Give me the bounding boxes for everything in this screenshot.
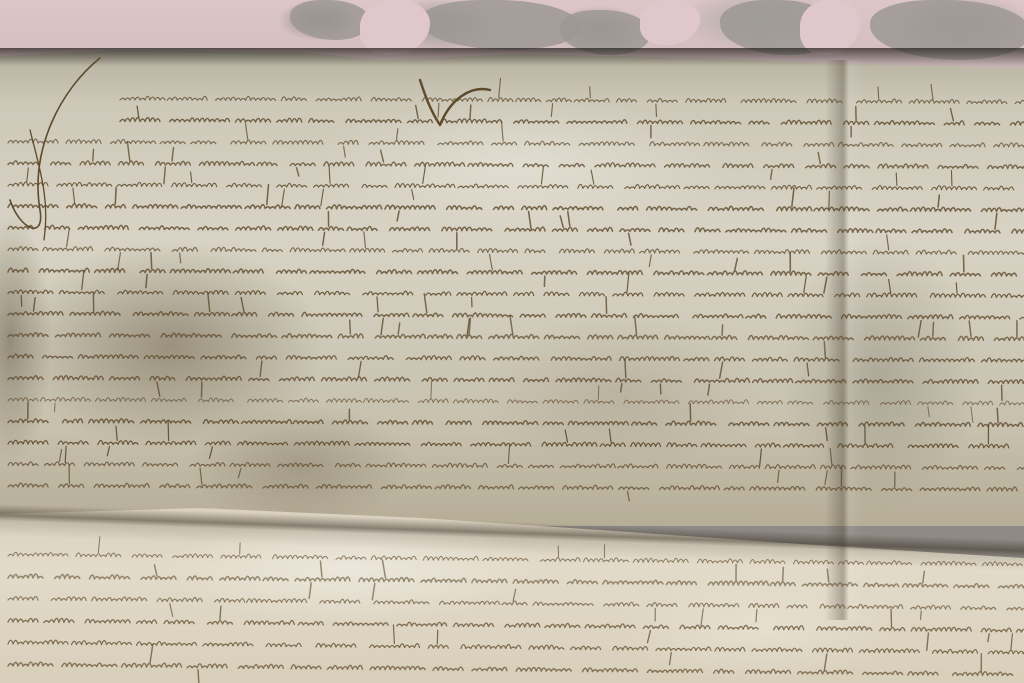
script-line: [120, 79, 1024, 118]
script-line: [8, 229, 1024, 270]
script-line: [8, 465, 1017, 501]
script-line: [8, 316, 1024, 358]
script-lines: [8, 79, 1024, 683]
script-line: [8, 360, 1024, 401]
manuscript-photo: Close-up photograph of an aged, folded p…: [0, 0, 1024, 683]
script-line: [8, 382, 1024, 423]
script-line: [8, 402, 1023, 440]
script-line: [8, 560, 1024, 599]
script-line: [8, 537, 1022, 566]
script-line: [8, 270, 1024, 312]
script-line: [8, 212, 1024, 249]
script-line: [8, 589, 1024, 625]
handwriting-ink: [0, 0, 1024, 683]
script-line: [8, 165, 1014, 208]
script-line: [120, 105, 1024, 138]
script-line: [8, 625, 1024, 665]
script-line: [8, 121, 1024, 157]
script-line: [8, 185, 1024, 230]
script-line: [8, 445, 1024, 485]
script-line: [8, 354, 1024, 378]
script-line: [8, 606, 1024, 650]
script-line: [8, 142, 1024, 184]
script-line: [8, 293, 1024, 337]
script-line: [8, 253, 1016, 293]
initial-letter: [420, 80, 490, 125]
